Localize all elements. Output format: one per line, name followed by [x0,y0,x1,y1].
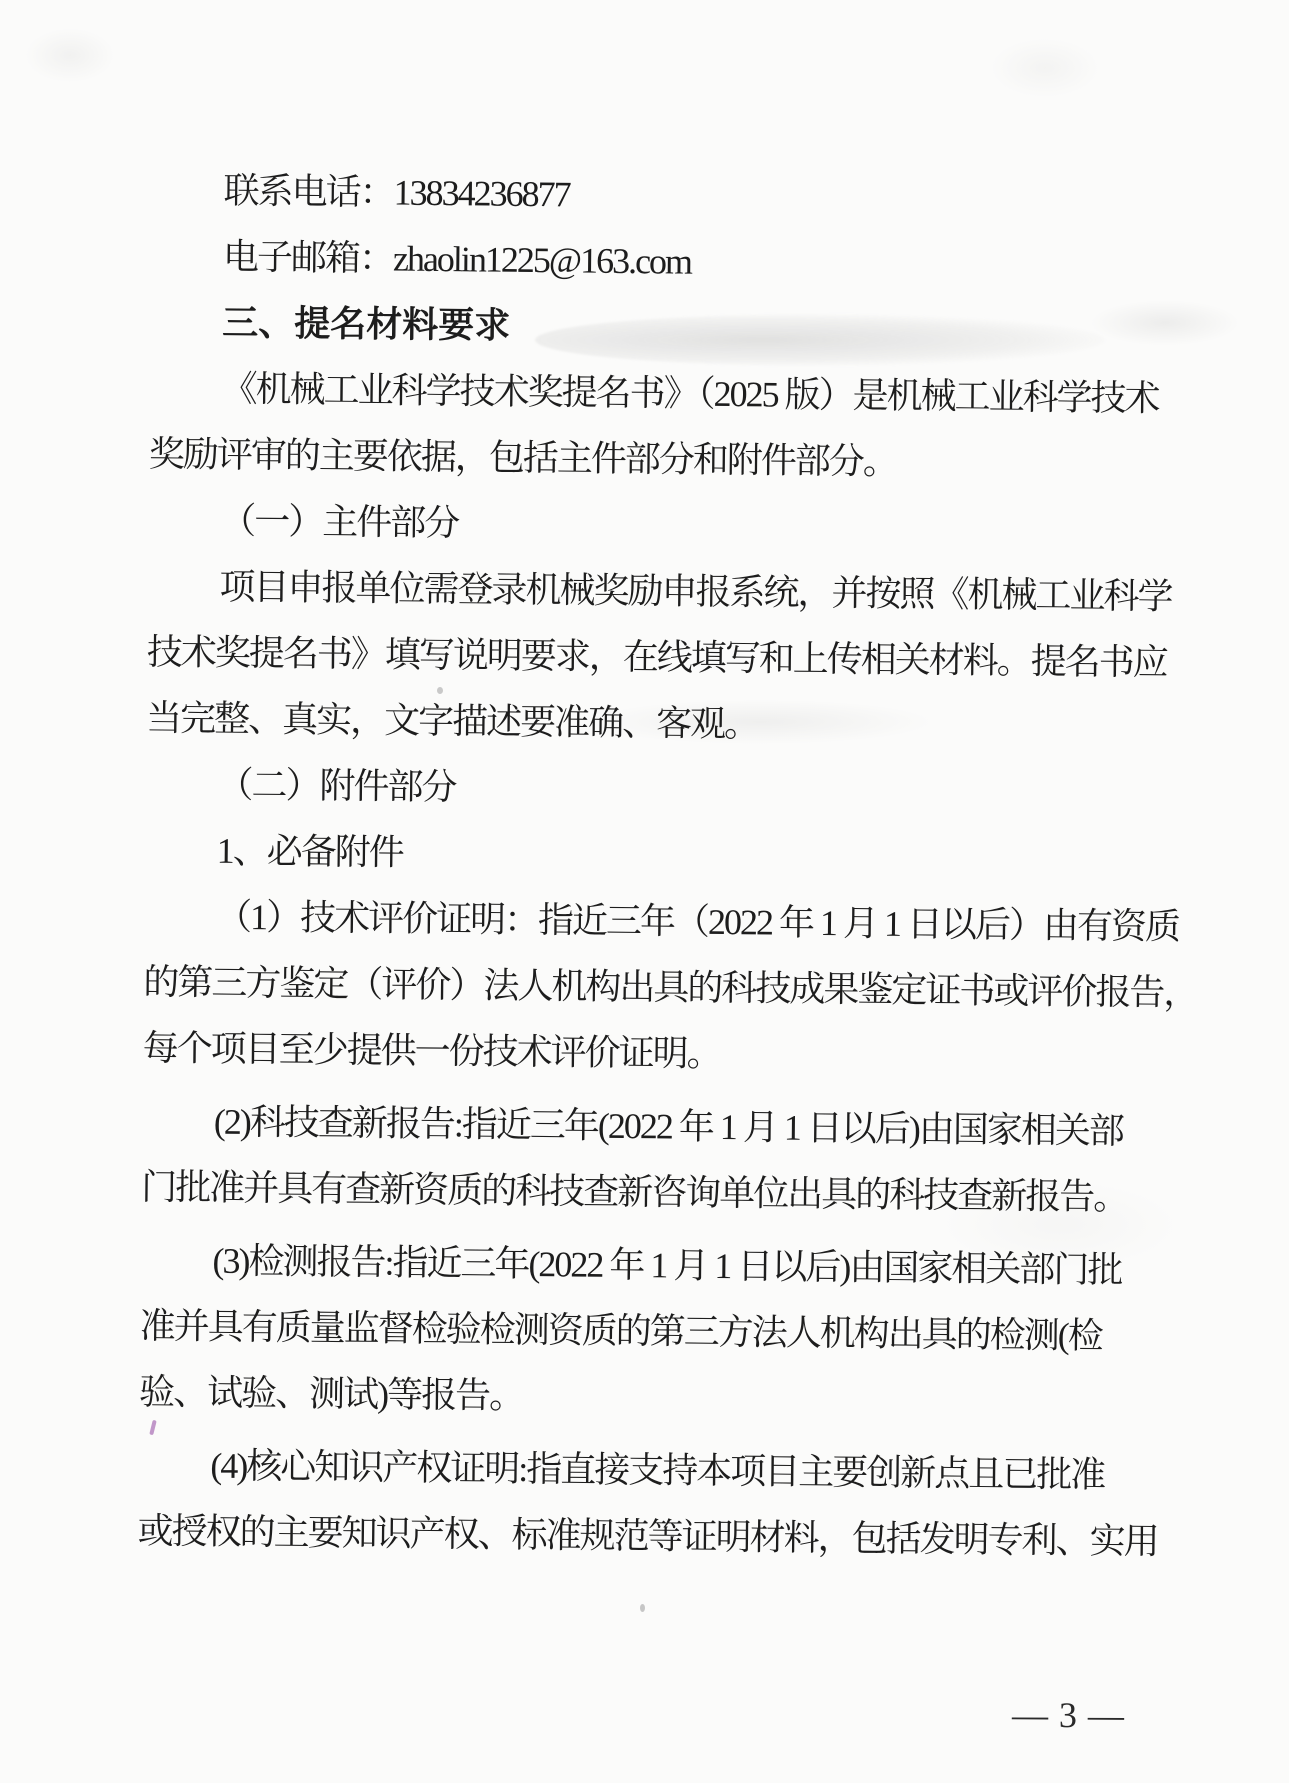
list-item-line: （1）技术评价证明：指近三年（2022 年 1 月 1 日以后）由有资质 [144,886,1235,963]
list-item-line: (2)科技查新报告:指近三年(2022 年 1 月 1 日以后)由国家相关部 [142,1091,1233,1168]
scanned-page: 联系电话：13834236877 电子邮箱：zhaolin1225@163.co… [0,0,1289,1783]
contact-email-line: 电子邮箱：zhaolin1225@163.com [151,226,1242,303]
scan-smudge [990,38,1100,98]
contact-phone-line: 联系电话：13834236877 [151,160,1242,237]
text-line: 的第三方鉴定（评价）法人机构出具的科技成果鉴定证书或评价报告， [143,952,1234,1029]
subsection-heading: （二）附件部分 [145,754,1236,831]
section-heading: 三、提名材料要求 [150,292,1241,369]
scan-smudge [25,28,115,83]
list-heading: 1、必备附件 [144,820,1235,897]
subsection-heading: （一）主件部分 [148,490,1239,567]
text-line: 或授权的主要知识产权、标准规范等证明材料，包括发明专利、实用 [137,1501,1228,1578]
page-number: — 3 — [1012,1694,1125,1737]
text-line: 当完整、真实，文字描述要准确、客观。 [146,688,1237,765]
list-item-line: (4)核心知识产权证明:指直接支持本项目主要创新点且已批准 [138,1435,1229,1512]
text-line: 《机械工业科学技术奖提名书》（2025 版）是机械工业科学技术 [149,358,1240,435]
text-line: 门批准并具有查新资质的科技查新咨询单位出具的科技查新报告。 [141,1157,1232,1234]
text-line: 准并具有质量监督检验检测资质的第三方法人机构出具的检测(检 [139,1296,1230,1373]
document-body: 联系电话：13834236877 电子邮箱：zhaolin1225@163.co… [137,160,1242,1578]
list-item-line: (3)检测报告:指近三年(2022 年 1 月 1 日以后)由国家相关部门批 [140,1230,1231,1307]
ink-speck [640,1604,645,1612]
text-line: 每个项目至少提供一份技术评价证明。 [142,1018,1233,1095]
text-line: 技术奖提名书》填写说明要求，在线填写和上传相关材料。提名书应 [146,622,1237,699]
text-line: 项目申报单位需登录机械奖励申报系统，并按照《机械工业科学 [147,556,1238,633]
text-line: 奖励评审的主要依据，包括主件部分和附件部分。 [149,424,1240,501]
text-line: 验、试验、测试)等报告。 [139,1362,1230,1439]
